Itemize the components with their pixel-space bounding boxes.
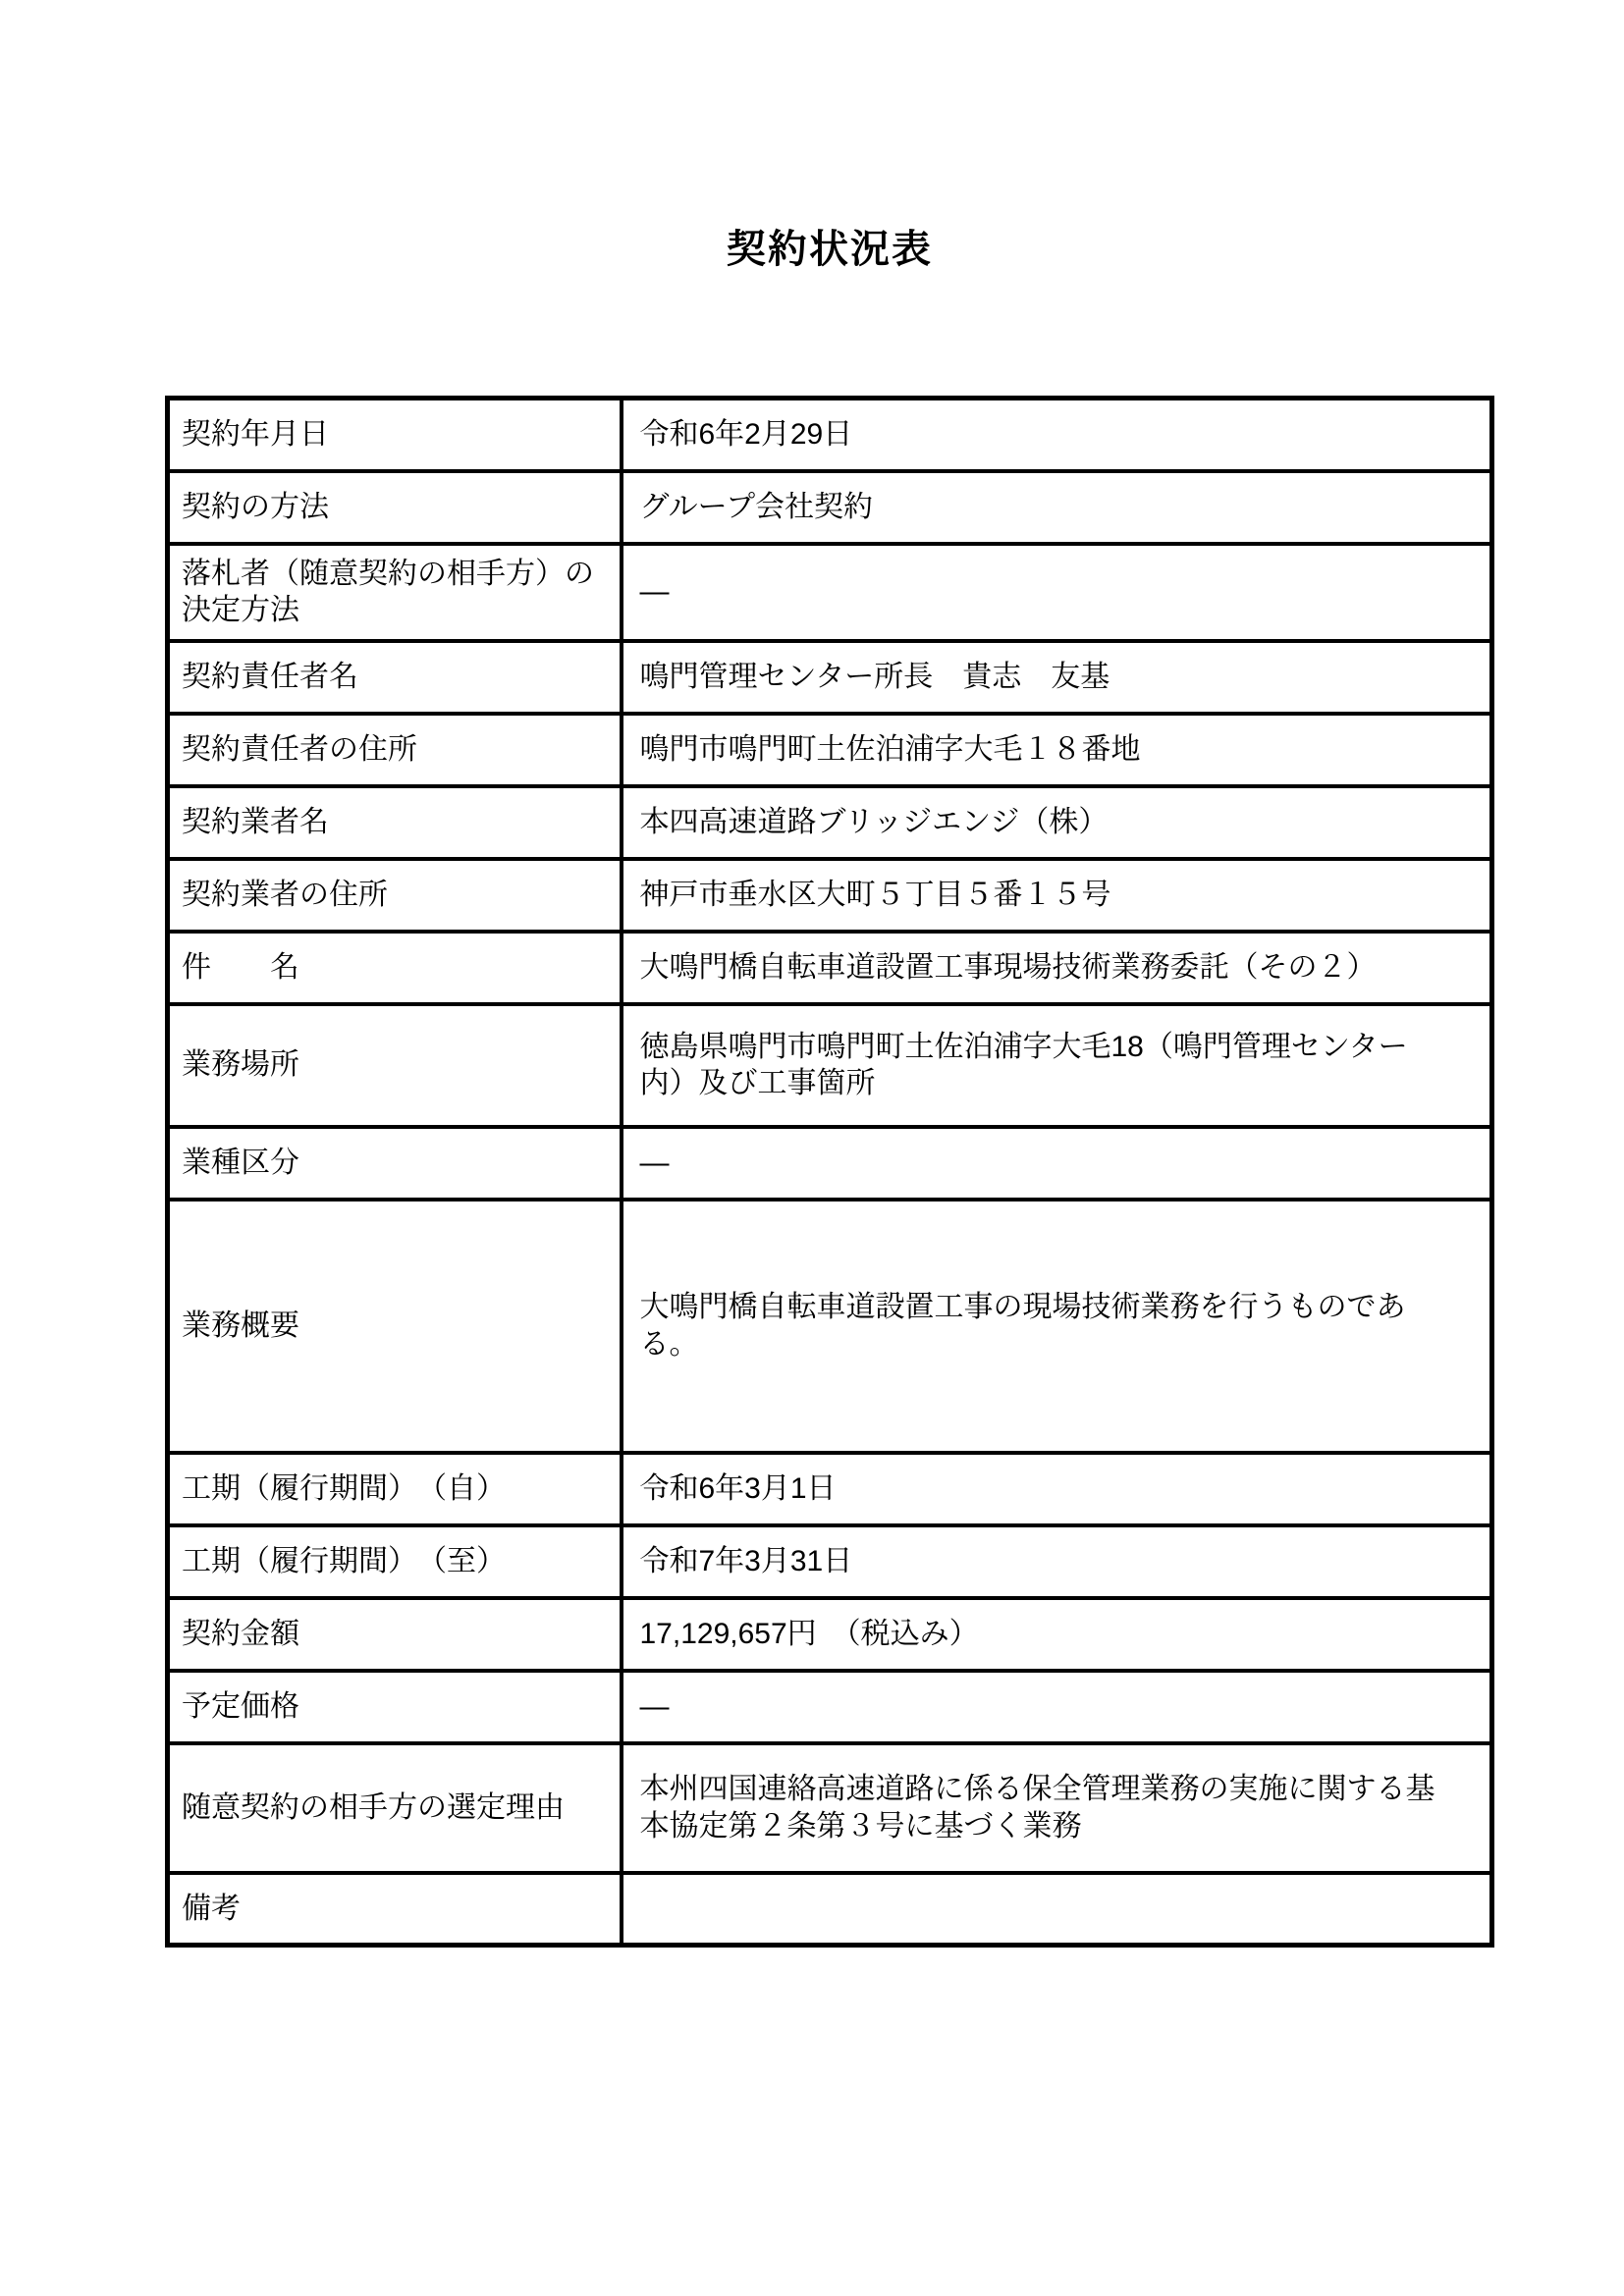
row-value: 鳴門市鳴門町土佐泊浦字大毛１８番地 [622, 714, 1492, 786]
row-label: 落札者（随意契約の相手方）の 決定方法 [168, 544, 622, 641]
table-row: 予定価格— [168, 1671, 1492, 1743]
table-row: 工期（履行期間） （自）令和6年3月1日 [168, 1453, 1492, 1525]
row-value: 大鳴門橋自転車道設置工事現場技術業務委託（その２） [622, 932, 1492, 1004]
row-label: 契約業者の住所 [168, 859, 622, 932]
row-value: 令和6年2月29日 [622, 399, 1492, 471]
table-row: 件 名大鳴門橋自転車道設置工事現場技術業務委託（その２） [168, 932, 1492, 1004]
table-row: 契約業者名本四高速道路ブリッジエンジ（株） [168, 786, 1492, 859]
row-value: 大鳴門橋自転車道設置工事の現場技術業務を行うものであ る。 [622, 1200, 1492, 1453]
row-value: 令和7年3月31日 [622, 1525, 1492, 1598]
table-row: 工期（履行期間） （至）令和7年3月31日 [168, 1525, 1492, 1598]
row-value: 17,129,657円 （税込み） [622, 1598, 1492, 1671]
table-row: 契約業者の住所神戸市垂水区大町５丁目５番１５号 [168, 859, 1492, 932]
row-value: グループ会社契約 [622, 471, 1492, 544]
row-label: 件 名 [168, 932, 622, 1004]
row-label: 随意契約の相手方の選定理由 [168, 1743, 622, 1873]
row-value: 徳島県鳴門市鳴門町土佐泊浦字大毛18（鳴門管理センター 内）及び工事箇所 [622, 1004, 1492, 1127]
row-label: 契約責任者の住所 [168, 714, 622, 786]
row-value: — [622, 544, 1492, 641]
table-row: 落札者（随意契約の相手方）の 決定方法— [168, 544, 1492, 641]
row-value: — [622, 1127, 1492, 1200]
row-label: 備考 [168, 1873, 622, 1946]
page-title: 契約状況表 [165, 218, 1494, 274]
row-label: 業務場所 [168, 1004, 622, 1127]
table-row: 随意契約の相手方の選定理由本州四国連絡高速道路に係る保全管理業務の実施に関する基… [168, 1743, 1492, 1873]
row-value: 本州四国連絡高速道路に係る保全管理業務の実施に関する基 本協定第２条第３号に基づ… [622, 1743, 1492, 1873]
row-label: 工期（履行期間） （自） [168, 1453, 622, 1525]
table-row: 業種区分— [168, 1127, 1492, 1200]
row-value [622, 1873, 1492, 1946]
row-label: 工期（履行期間） （至） [168, 1525, 622, 1598]
table-row: 業務概要大鳴門橋自転車道設置工事の現場技術業務を行うものであ る。 [168, 1200, 1492, 1453]
row-label: 契約業者名 [168, 786, 622, 859]
table-row: 契約の方法グループ会社契約 [168, 471, 1492, 544]
row-value: — [622, 1671, 1492, 1743]
row-value: 鳴門管理センター所長 貴志 友基 [622, 641, 1492, 714]
table-row: 契約責任者の住所鳴門市鳴門町土佐泊浦字大毛１８番地 [168, 714, 1492, 786]
table-row: 契約金額17,129,657円 （税込み） [168, 1598, 1492, 1671]
row-label: 契約年月日 [168, 399, 622, 471]
row-value: 令和6年3月1日 [622, 1453, 1492, 1525]
contract-status-table: 契約年月日令和6年2月29日契約の方法グループ会社契約落札者（随意契約の相手方）… [165, 396, 1494, 1948]
row-label: 契約責任者名 [168, 641, 622, 714]
table-row: 業務場所徳島県鳴門市鳴門町土佐泊浦字大毛18（鳴門管理センター 内）及び工事箇所 [168, 1004, 1492, 1127]
contract-table-body: 契約年月日令和6年2月29日契約の方法グループ会社契約落札者（随意契約の相手方）… [168, 399, 1492, 1946]
row-label: 予定価格 [168, 1671, 622, 1743]
table-row: 備考 [168, 1873, 1492, 1946]
row-value: 神戸市垂水区大町５丁目５番１５号 [622, 859, 1492, 932]
table-row: 契約責任者名鳴門管理センター所長 貴志 友基 [168, 641, 1492, 714]
table-row: 契約年月日令和6年2月29日 [168, 399, 1492, 471]
row-label: 契約の方法 [168, 471, 622, 544]
row-label: 業務概要 [168, 1200, 622, 1453]
row-label: 契約金額 [168, 1598, 622, 1671]
row-value: 本四高速道路ブリッジエンジ（株） [622, 786, 1492, 859]
row-label: 業種区分 [168, 1127, 622, 1200]
